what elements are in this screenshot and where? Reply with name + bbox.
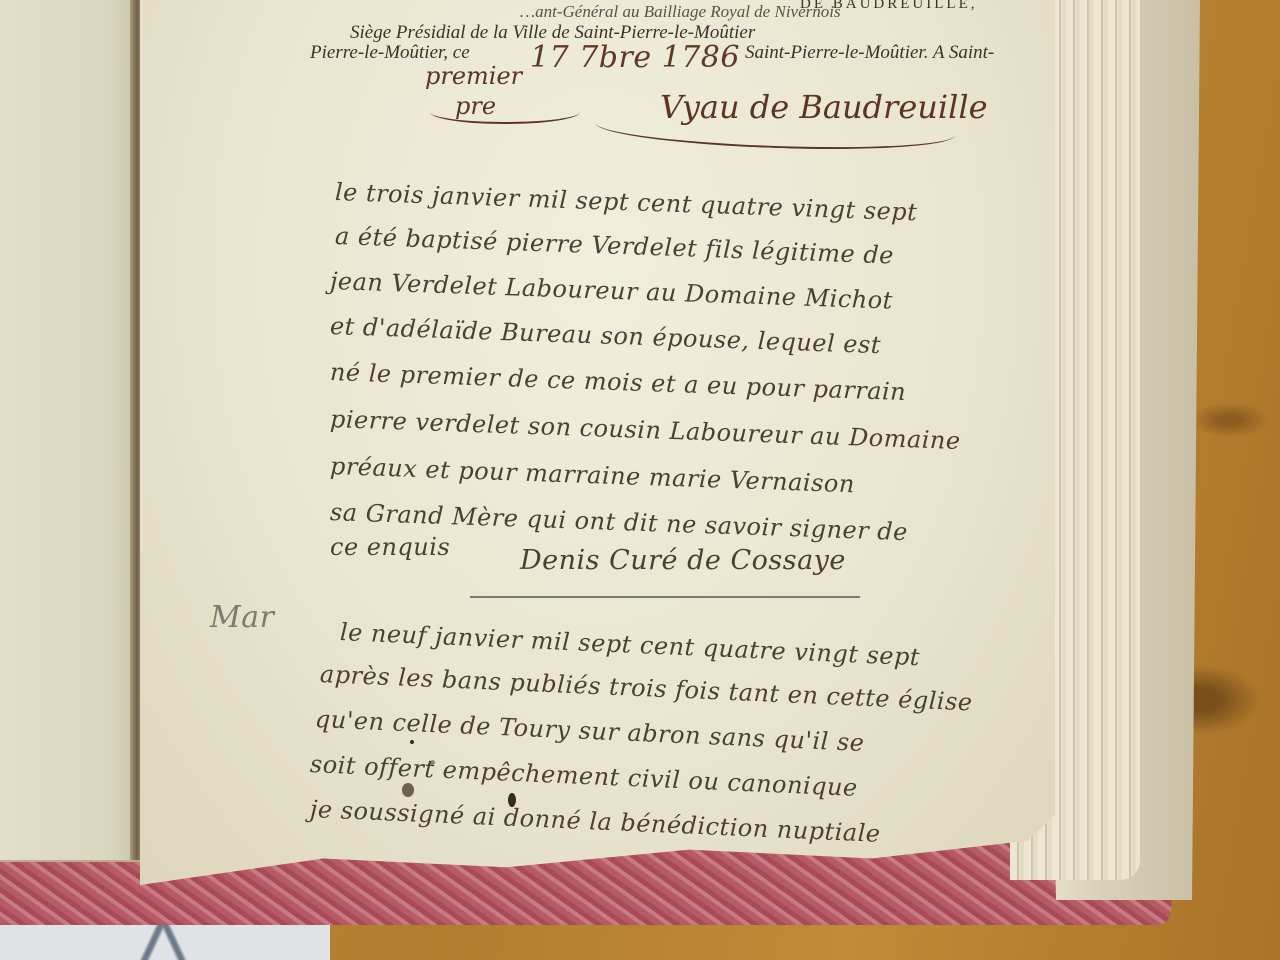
ink-stain [410,740,414,744]
entry1-line6: pierre verdelet son cousin Laboureur au … [330,405,962,455]
ink-stain [402,783,414,797]
entry2-line4: soit offert empêchement civil ou canoniq… [309,750,858,802]
printed-header-line3: Pierre-le-Moûtier, ce [310,42,470,64]
signature-premier: premier [425,62,522,90]
entry1-signature: Denis Curé de Cossaye [520,545,846,576]
entry2-line3: qu'en celle de Toury sur abron sans qu'i… [314,705,865,757]
entry1-line2: a été baptisé pierre Verdelet fils légit… [335,222,895,270]
entry1-line9: ce enquis [330,533,450,561]
handwritten-date: 17 7bre 1786 [530,40,740,75]
margin-note: Mar [210,600,274,635]
printed-header-line3-end: Saint-Pierre-le-Moûtier. A Saint- [745,42,994,64]
entry1-line4: et d'adélaïde Bureau son épouse, lequel … [330,312,882,359]
ink-stain [430,760,435,765]
entry1-line1: le trois janvier mil sept cent quatre vi… [335,178,918,226]
left-page [0,0,140,862]
entry-separator-rule [470,596,860,598]
entry2-line5: je soussigné ai donné la bénédiction nup… [309,795,881,848]
entry1-line7: préaux et pour marraine marie Vernaison [330,452,856,498]
ink-stain [508,793,516,807]
signature-underline-left [430,100,580,124]
printed-header-line2b: …ant-Général au Bailliage Royal de Niver… [520,2,841,22]
entry2-line1: le neuf janvier mil sept cent quatre vin… [339,618,920,671]
entry1-line3: jean Verdelet Laboureur au Domaine Micho… [330,267,894,315]
register-page: DE BAUDREUILLE, …ant-Général au Bailliag… [140,0,1055,885]
entry1-line5: né le premier de ce mois et a eu pour pa… [330,358,907,406]
